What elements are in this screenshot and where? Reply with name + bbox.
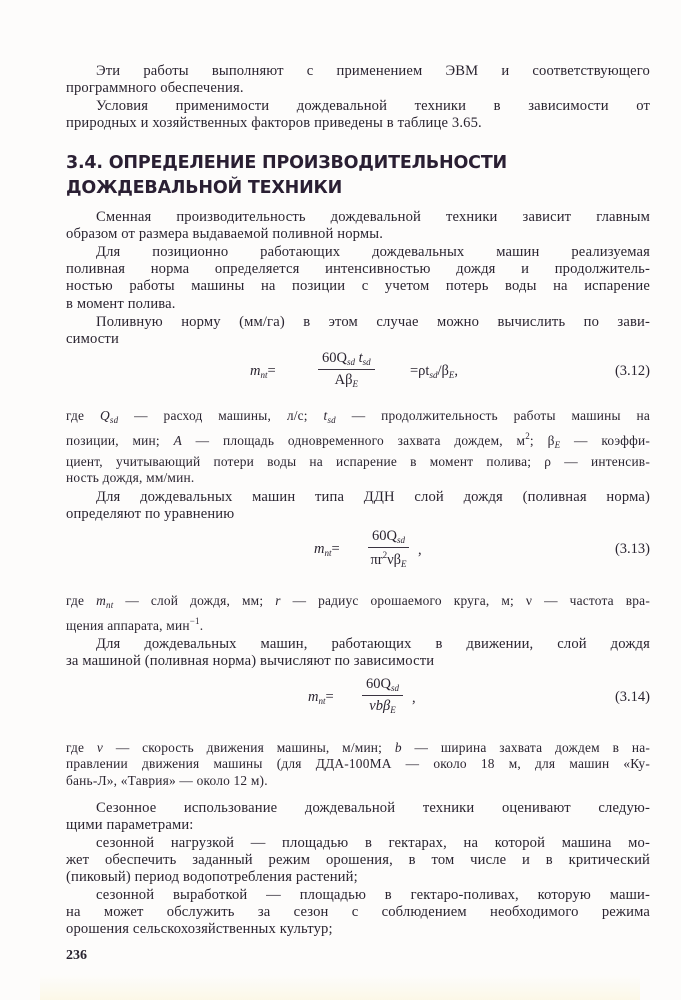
equation-number: (3.12) bbox=[615, 363, 650, 380]
text-line: где v — скорость движения машины, м/мин;… bbox=[66, 740, 650, 756]
fraction: 60Qsd tsd AβE bbox=[318, 350, 375, 389]
text-line: сезонной нагрузкой — площадью в гектарах… bbox=[96, 835, 650, 851]
text-line: где mnt — слой дождя, мм; r — радиус оро… bbox=[66, 593, 650, 613]
paragraph-shift-productivity: Сменная производительность дождевальной … bbox=[66, 209, 650, 243]
eq-text: , bbox=[418, 542, 422, 559]
equation-3-12: mnt= 60Qsd tsd AβE =ρtsd/βE, (3.12) bbox=[250, 352, 650, 398]
eq-subscript: nt bbox=[324, 548, 331, 558]
text-line: (пиковый) период водопотребления растени… bbox=[66, 869, 650, 886]
text-line: Условия применимости дождевальной техник… bbox=[96, 98, 650, 114]
text-line: образом от размера выдаваемой поливной н… bbox=[66, 226, 650, 243]
eq-symbol: m bbox=[250, 363, 260, 379]
eq-text: 60Q bbox=[366, 676, 391, 692]
numerator: 60Qsd bbox=[368, 528, 409, 548]
heading-line: ДОЖДЕВАЛЬНОЙ ТЕХНИКИ bbox=[66, 176, 507, 201]
eq-subscript: E bbox=[390, 705, 396, 715]
numerator: 60Qsd bbox=[362, 676, 403, 696]
eq-subscript: sd bbox=[363, 357, 371, 367]
text-line: симости bbox=[66, 331, 650, 348]
equation-3-13: mnt= 60Qsd πr2νβE , (3.13) bbox=[314, 528, 650, 574]
text-line: правлении движения машины (для ДДА-100МА… bbox=[66, 756, 650, 772]
text-line: на может обслужить за сезон с соблюдение… bbox=[66, 904, 650, 921]
eq-text: /β bbox=[437, 363, 448, 379]
fraction: 60Qsd vbβE bbox=[362, 676, 403, 715]
eq-subscript: sd bbox=[391, 683, 399, 693]
text-line: Для дождевальных машин, работающих в дви… bbox=[96, 636, 650, 652]
eq-subscript: nt bbox=[318, 696, 325, 706]
text-line: Поливную норму (мм/га) в этом случае мож… bbox=[96, 314, 650, 330]
eq-operator: = bbox=[326, 689, 334, 705]
text-line: Для дождевальных машин типа ДДН слой дож… bbox=[96, 489, 650, 505]
denominator: πr2νβE bbox=[368, 548, 409, 569]
paragraph-ddn-machines: Для дождевальных машин типа ДДН слой дож… bbox=[66, 489, 650, 523]
eq-text: 60Q bbox=[322, 350, 347, 366]
paragraph-moving-machines: Для дождевальных машин, работающих в дви… bbox=[66, 636, 650, 670]
eq-subscript: E bbox=[353, 379, 359, 389]
text-line: Сменная производительность дождевальной … bbox=[96, 209, 650, 225]
text-line: бань-Л», «Таврия» — около 12 м). bbox=[66, 773, 650, 789]
text-line: где Qsd — расход машины, л/с; tsd — прод… bbox=[66, 408, 650, 428]
text-line: определяют по уравнению bbox=[66, 506, 650, 523]
equation-number: (3.13) bbox=[615, 541, 650, 558]
definitions-3-13: где mnt — слой дождя, мм; r — радиус оро… bbox=[66, 593, 650, 635]
eq-text: =ρt bbox=[410, 363, 429, 379]
equation-number: (3.14) bbox=[615, 689, 650, 706]
eq-text: vbβ bbox=[369, 698, 390, 714]
text-line: природных и хозяйственных факторов приве… bbox=[66, 115, 650, 132]
text-line: ность дождя, мм/мин. bbox=[66, 470, 650, 486]
denominator: vbβE bbox=[362, 696, 403, 715]
eq-text: 60Q bbox=[372, 528, 397, 544]
text-line: ностью работы машины на позиции с учетом… bbox=[66, 278, 650, 295]
text-line: орошения сельскохозяйственных культур; bbox=[66, 921, 650, 938]
book-page: Эти работы выполняют с применением ЭВМ и… bbox=[0, 0, 681, 1000]
paragraph-computer-software: Эти работы выполняют с применением ЭВМ и… bbox=[66, 63, 650, 97]
text-line: щими параметрами: bbox=[66, 817, 650, 834]
paper-tint bbox=[40, 975, 640, 1000]
equation-3-14: mnt= 60Qsd vbβE , (3.14) bbox=[308, 676, 650, 722]
text-line: Эти работы выполняют с применением ЭВМ и… bbox=[96, 63, 650, 79]
section-heading: 3.4. ОПРЕДЕЛЕНИЕ ПРОИЗВОДИТЕЛЬНОСТИ ДОЖД… bbox=[66, 151, 507, 201]
eq-text: πr bbox=[370, 552, 382, 568]
text-line: в момент полива. bbox=[66, 296, 650, 313]
paragraph-seasonal-output: сезонной выработкой — площадью в гектаро… bbox=[66, 887, 650, 939]
denominator: AβE bbox=[318, 370, 375, 389]
eq-symbol: m bbox=[308, 689, 318, 705]
paragraph-applicability-conditions: Условия применимости дождевальной техник… bbox=[66, 98, 650, 132]
eq-operator: = bbox=[332, 541, 340, 557]
definitions-3-12: где Qsd — расход машины, л/с; tsd — прод… bbox=[66, 408, 650, 487]
eq-symbol: m bbox=[314, 541, 324, 557]
text-line: поливная норма определяется интенсивност… bbox=[66, 261, 650, 278]
eq-text: νβ bbox=[387, 552, 401, 568]
eq-text: , bbox=[412, 690, 416, 707]
paragraph-positional-machines: Для позиционно работающих дождевальных м… bbox=[66, 244, 650, 313]
eq-text: , bbox=[454, 363, 458, 379]
text-line: жет обеспечить заданный режим орошения, … bbox=[66, 852, 650, 869]
text-line: сезонной выработкой — площадью в гектаро… bbox=[96, 887, 650, 903]
text-line: циент, учитывающий потери воды на испаре… bbox=[66, 454, 650, 470]
eq-text: Aβ bbox=[335, 372, 353, 388]
text-line: за машиной (поливная норма) вычисляют по… bbox=[66, 653, 650, 670]
fraction: 60Qsd πr2νβE bbox=[368, 528, 409, 569]
text-line: Сезонное использование дождевальной техн… bbox=[96, 800, 650, 816]
paragraph-irrigation-norm: Поливную норму (мм/га) в этом случае мож… bbox=[66, 314, 650, 348]
eq-subscript: sd bbox=[397, 535, 405, 545]
text-line: щения аппарата, мин−1. bbox=[66, 613, 650, 634]
paragraph-seasonal-use: Сезонное использование дождевальной техн… bbox=[66, 800, 650, 834]
text-line: программного обеспечения. bbox=[66, 80, 650, 97]
numerator: 60Qsd tsd bbox=[318, 350, 375, 370]
eq-subscript: nt bbox=[260, 370, 267, 380]
paragraph-seasonal-load: сезонной нагрузкой — площадью в гектарах… bbox=[66, 835, 650, 887]
text-line: позиции, мин; A — площадь одновременного… bbox=[66, 428, 650, 453]
text-line: Для позиционно работающих дождевальных м… bbox=[96, 244, 650, 260]
eq-subscript: sd bbox=[347, 357, 355, 367]
eq-operator: = bbox=[268, 363, 276, 379]
page-number: 236 bbox=[66, 948, 87, 964]
heading-line: 3.4. ОПРЕДЕЛЕНИЕ ПРОИЗВОДИТЕЛЬНОСТИ bbox=[66, 151, 507, 176]
eq-subscript: E bbox=[401, 559, 407, 569]
definitions-3-14: где v — скорость движения машины, м/мин;… bbox=[66, 740, 650, 789]
